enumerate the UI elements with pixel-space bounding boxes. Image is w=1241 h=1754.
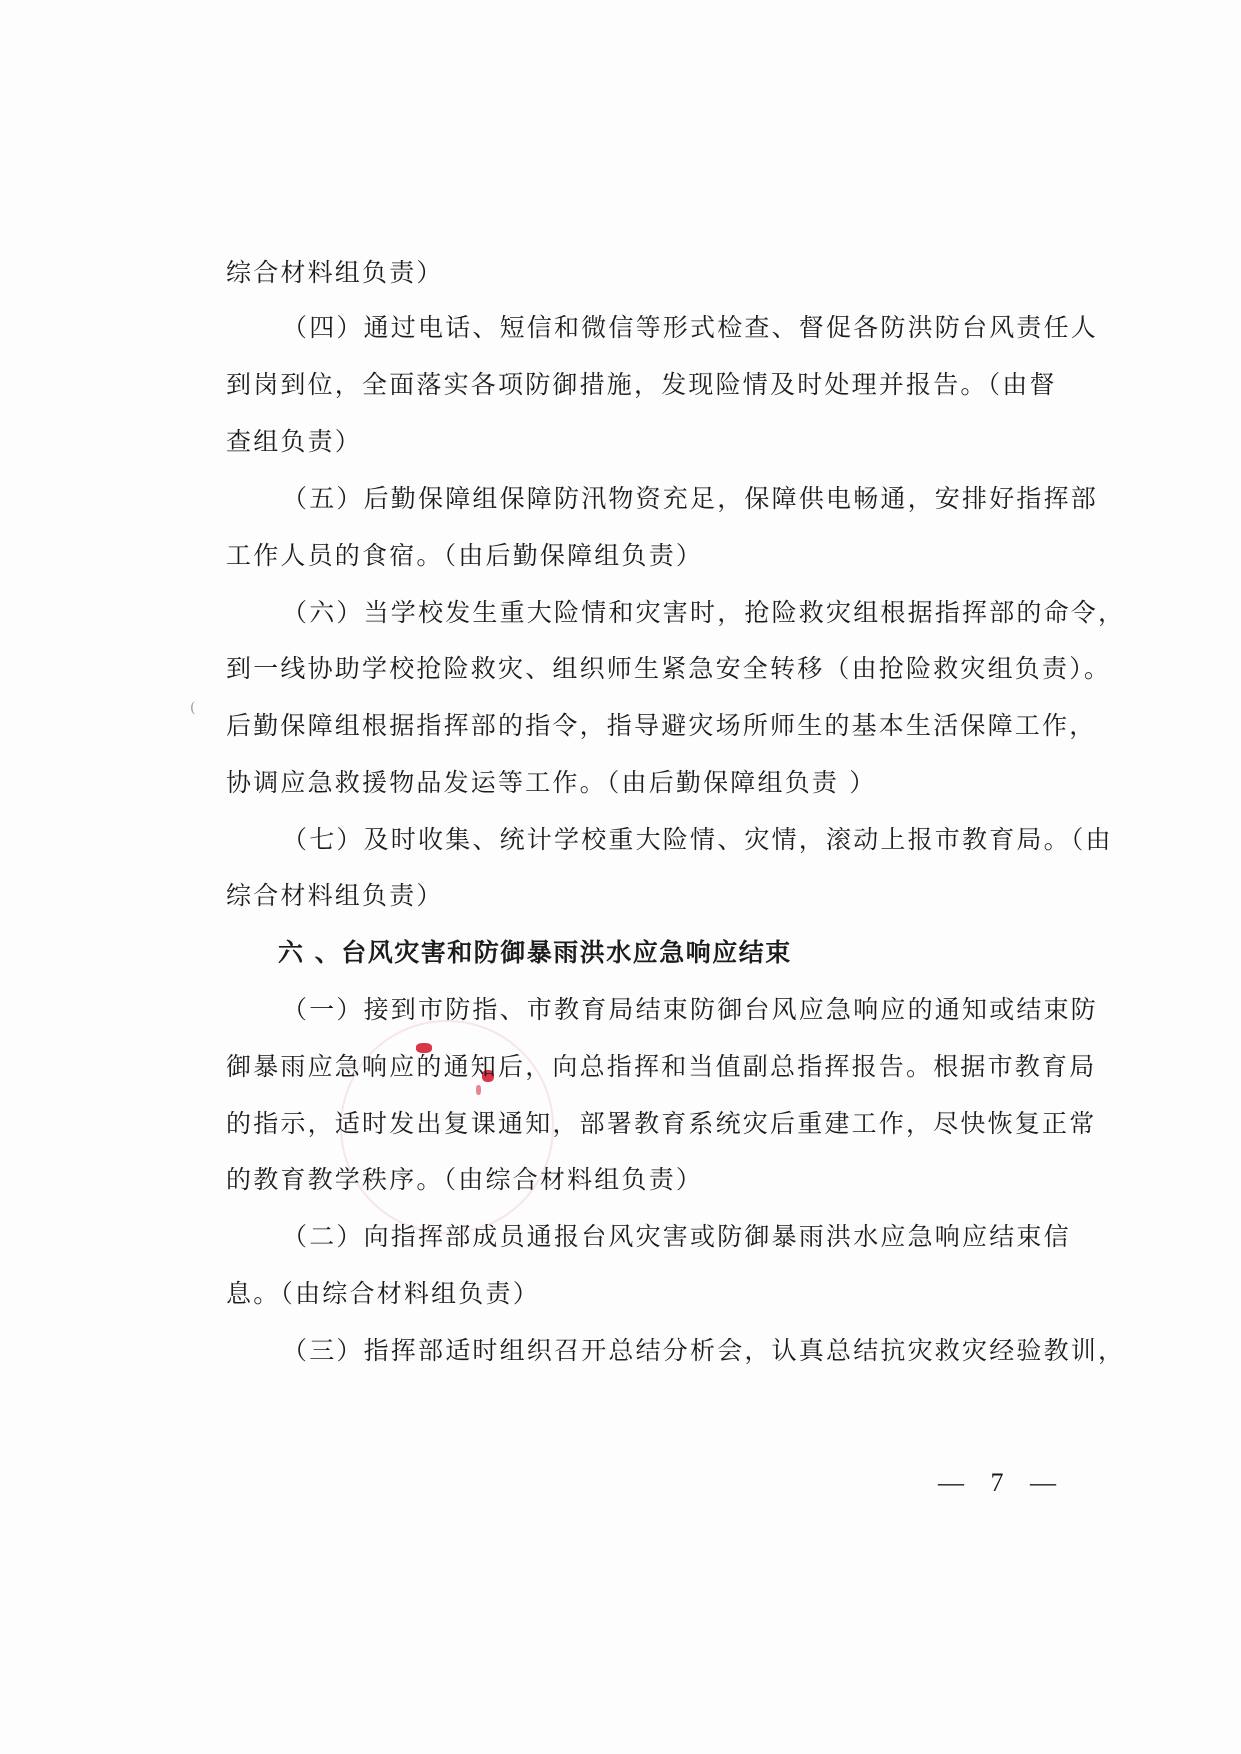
- paragraph-item-5: （五）后勤保障组保障防汛物资充足，保障供电畅通，安排好指挥部: [282, 482, 1108, 516]
- text-line: 的指示，适时发出复课通知，部署教育系统灾后重建工作，尽快恢复正常: [226, 1107, 1052, 1141]
- paragraph-item-1: （一）接到市防指、市教育局结束防御台风应急响应的通知或结束防: [282, 993, 1108, 1027]
- paragraph-item-6: （六）当学校发生重大险情和灾害时，抢险救灾组根据指挥部的命令，: [282, 596, 1108, 630]
- seal-ink-mark: [476, 1085, 481, 1095]
- margin-mark: (: [190, 700, 195, 716]
- document-page: ( 综合材料组负责） （四）通过电话、短信和微信等形式检查、督促各防洪防台风责任…: [0, 0, 1241, 1754]
- text-line: 综合材料组负责）: [226, 879, 1052, 913]
- text-line: 工作人员的食宿。（由后勤保障组负责）: [226, 539, 1052, 573]
- paragraph-item-2: （二）向指挥部成员通报台风灾害或防御暴雨洪水应急响应结束信: [282, 1220, 1108, 1254]
- text-line: 查组负责）: [226, 425, 1052, 459]
- text-line: 御暴雨应急响应的通知后，向总指挥和当值副总指挥报告。根据市教育局: [226, 1050, 1052, 1084]
- section-heading-6: 六 、台风灾害和防御暴雨洪水应急响应结束: [278, 936, 1104, 970]
- page-number: — 7 —: [938, 1468, 1066, 1498]
- text-line: 协调应急救援物品发运等工作。（由后勤保障组负责 ）: [226, 766, 1052, 800]
- paragraph-item-3: （三）指挥部适时组织召开总结分析会，认真总结抗灾救灾经验教训，: [282, 1334, 1108, 1368]
- text-line: 综合材料组负责）: [226, 256, 1052, 290]
- text-line: 后勤保障组根据指挥部的指令，指导避灾场所师生的基本生活保障工作，: [226, 709, 1052, 743]
- text-line: 息。（由综合材料组负责）: [226, 1277, 1052, 1311]
- text-line: 到一线协助学校抢险救灾、组织师生紧急安全转移（由抢险救灾组负责）。: [226, 652, 1052, 686]
- paragraph-item-4: （四）通过电话、短信和微信等形式检查、督促各防洪防台风责任人: [282, 311, 1108, 345]
- text-line: 的教育教学秩序。（由综合材料组负责）: [226, 1163, 1052, 1197]
- paragraph-item-7: （七）及时收集、统计学校重大险情、灾情，滚动上报市教育局。（由: [282, 823, 1108, 857]
- text-line: 到岗到位，全面落实各项防御措施，发现险情及时处理并报告。（由督: [226, 368, 1052, 402]
